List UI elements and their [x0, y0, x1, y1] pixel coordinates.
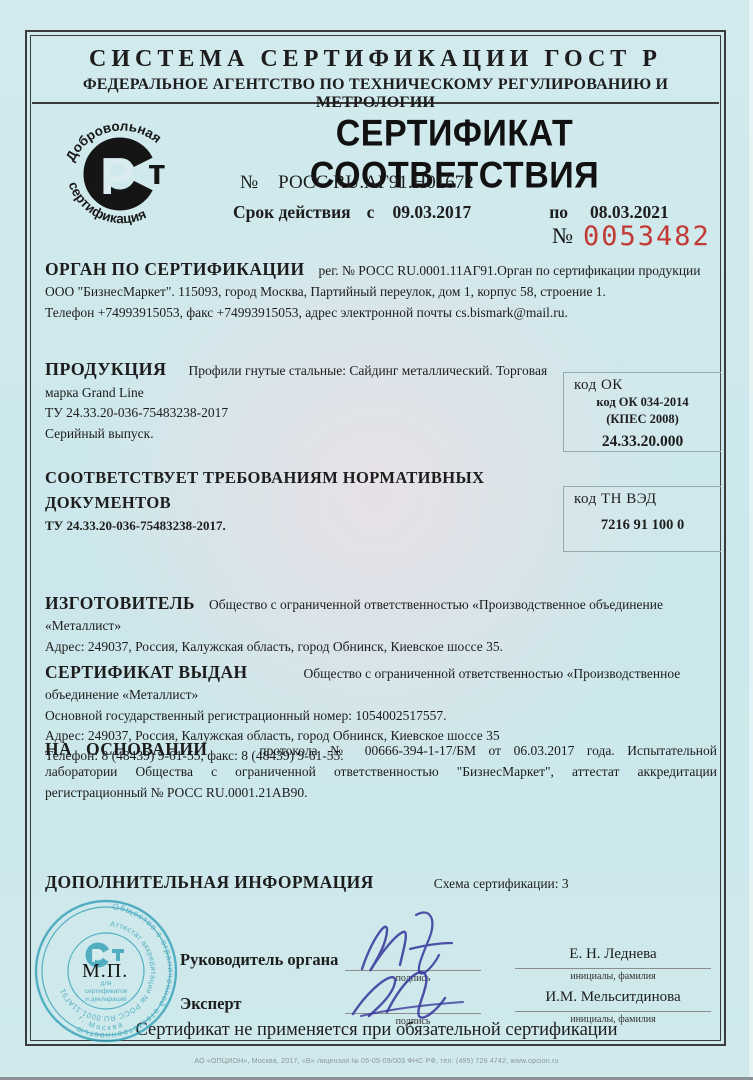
validity-from-date: 09.03.2017 [392, 202, 471, 222]
product-tu: ТУ 24.33.20-036-75483238-2017 [45, 403, 565, 423]
conformity-heading: СООТВЕТСТВУЕТ ТРЕБОВАНИЯМ НОРМАТИВНЫХ ДО… [45, 466, 560, 516]
issued-to-ogrn: Основной государственный регистрационный… [45, 706, 717, 726]
manufacturer-heading: ИЗГОТОВИТЕЛЬ [45, 593, 195, 613]
header: СИСТЕМА СЕРТИФИКАЦИИ ГОСТ Р ФЕДЕРАЛЬНОЕ … [32, 37, 719, 104]
certification-body-heading: ОРГАН ПО СЕРТИФИКАЦИИ [45, 259, 304, 279]
section-conformity: СООТВЕТСТВУЕТ ТРЕБОВАНИЯМ НОРМАТИВНЫХ ДО… [45, 466, 560, 536]
product-heading: ПРОДУКЦИЯ [45, 359, 166, 379]
validity-row: Срок действияс09.03.2017по08.03.2021 [233, 202, 669, 223]
validity-to-date: 08.03.2021 [590, 202, 669, 222]
stamp-center-line3: и деклараций [85, 995, 127, 1003]
tnved-code-box: код ТН ВЭД 7216 91 100 0 [563, 486, 721, 552]
stamp-center-line2: сертификатов [85, 988, 128, 995]
registration-number-row: №РОСС RU.АГ91.Н01672 [240, 172, 474, 194]
logo-letter-p: Р [100, 148, 135, 206]
validity-from-label: с [367, 202, 375, 222]
additional-info-heading: ДОПОЛНИТЕЛЬНАЯ ИНФОРМАЦИЯ [45, 872, 374, 892]
head-name-line [515, 968, 711, 969]
head-name-caption: инициалы, фамилия [515, 971, 711, 982]
expert-label: Эксперт [180, 994, 242, 1014]
tnved-code-label: код ТН ВЭД [574, 491, 711, 508]
blank-number: №0053482 [552, 221, 711, 252]
head-of-body-label: Руководитель органа [180, 950, 338, 970]
rst-logo-icon: Добровольная сертификация Р т [56, 110, 188, 243]
registration-number: РОСС RU.АГ91.Н01672 [278, 172, 474, 193]
ok-code-value: 24.33.20.000 [574, 433, 711, 451]
blank-number-value: 0053482 [583, 221, 711, 252]
head-name: Е. Н. Леднева [515, 946, 711, 963]
number-sign: № [240, 172, 258, 193]
expert-signature-ink [335, 962, 495, 1024]
system-title: СИСТЕМА СЕРТИФИКАЦИИ ГОСТ Р [32, 46, 719, 73]
validity-to-label: по [549, 202, 568, 222]
conformity-tu: ТУ 24.33.20-036-75483238-2017. [45, 518, 226, 533]
validity-label: Срок действия [233, 202, 351, 222]
certificate-scan: СИСТЕМА СЕРТИФИКАЦИИ ГОСТ Р ФЕДЕРАЛЬНОЕ … [0, 0, 753, 1080]
ok-code-line2: (КПЕС 2008) [574, 411, 711, 428]
certification-body-reg-line: рег. № РОСС RU.0001.11АГ91.Орган по серт… [318, 263, 700, 278]
blank-number-sign: № [552, 223, 573, 248]
expert-name: И.М. Мельситдинова [515, 989, 711, 1006]
agency-title: ФЕДЕРАЛЬНОЕ АГЕНТСТВО ПО ТЕХНИЧЕСКОМУ РЕ… [32, 76, 719, 112]
tnved-code-value: 7216 91 100 0 [574, 517, 711, 534]
additional-info-text: Схема сертификации: 3 [434, 876, 569, 891]
ok-code-label: код ОК [574, 377, 711, 394]
product-release: Серийный выпуск. [45, 424, 565, 444]
manufacturer-address: Адрес: 249037, Россия, Калужская область… [45, 637, 717, 657]
printer-imprint: АО «ОПЦИОН», Москва, 2017, «В» лицензия … [0, 1058, 753, 1065]
scan-edge-right [749, 0, 753, 1080]
section-certification-body: ОРГАН ПО СЕРТИФИКАЦИИрег. № РОСС RU.0001… [45, 256, 717, 323]
ok-code-box: код ОК код ОК 034-2014 (КПЕС 2008) 24.33… [563, 372, 721, 452]
certification-body-address: ООО "БизнесМаркет". 115093, город Москва… [45, 282, 717, 302]
logo-letter-t: т [148, 151, 166, 192]
certification-body-contacts: Телефон +74993915053, факс +74993915053,… [45, 303, 717, 323]
basis-heading: НА ОСНОВАНИИ [45, 739, 207, 759]
section-basis: НА ОСНОВАНИИпротокола № 00666-394-1-17/Б… [45, 736, 717, 803]
stamp-place-label: М.П. [82, 960, 128, 983]
section-additional-info: ДОПОЛНИТЕЛЬНАЯ ИНФОРМАЦИЯСхема сертифика… [45, 869, 717, 895]
section-manufacturer: ИЗГОТОВИТЕЛЬОбщество с ограниченной отве… [45, 590, 717, 657]
expert-name-line [515, 1011, 711, 1012]
ok-code-line1: код ОК 034-2014 [574, 394, 711, 411]
section-product: ПРОДУКЦИЯПрофили гнутые стальные: Сайдин… [45, 356, 565, 444]
issued-to-heading: СЕРТИФИКАТ ВЫДАН [45, 662, 248, 682]
